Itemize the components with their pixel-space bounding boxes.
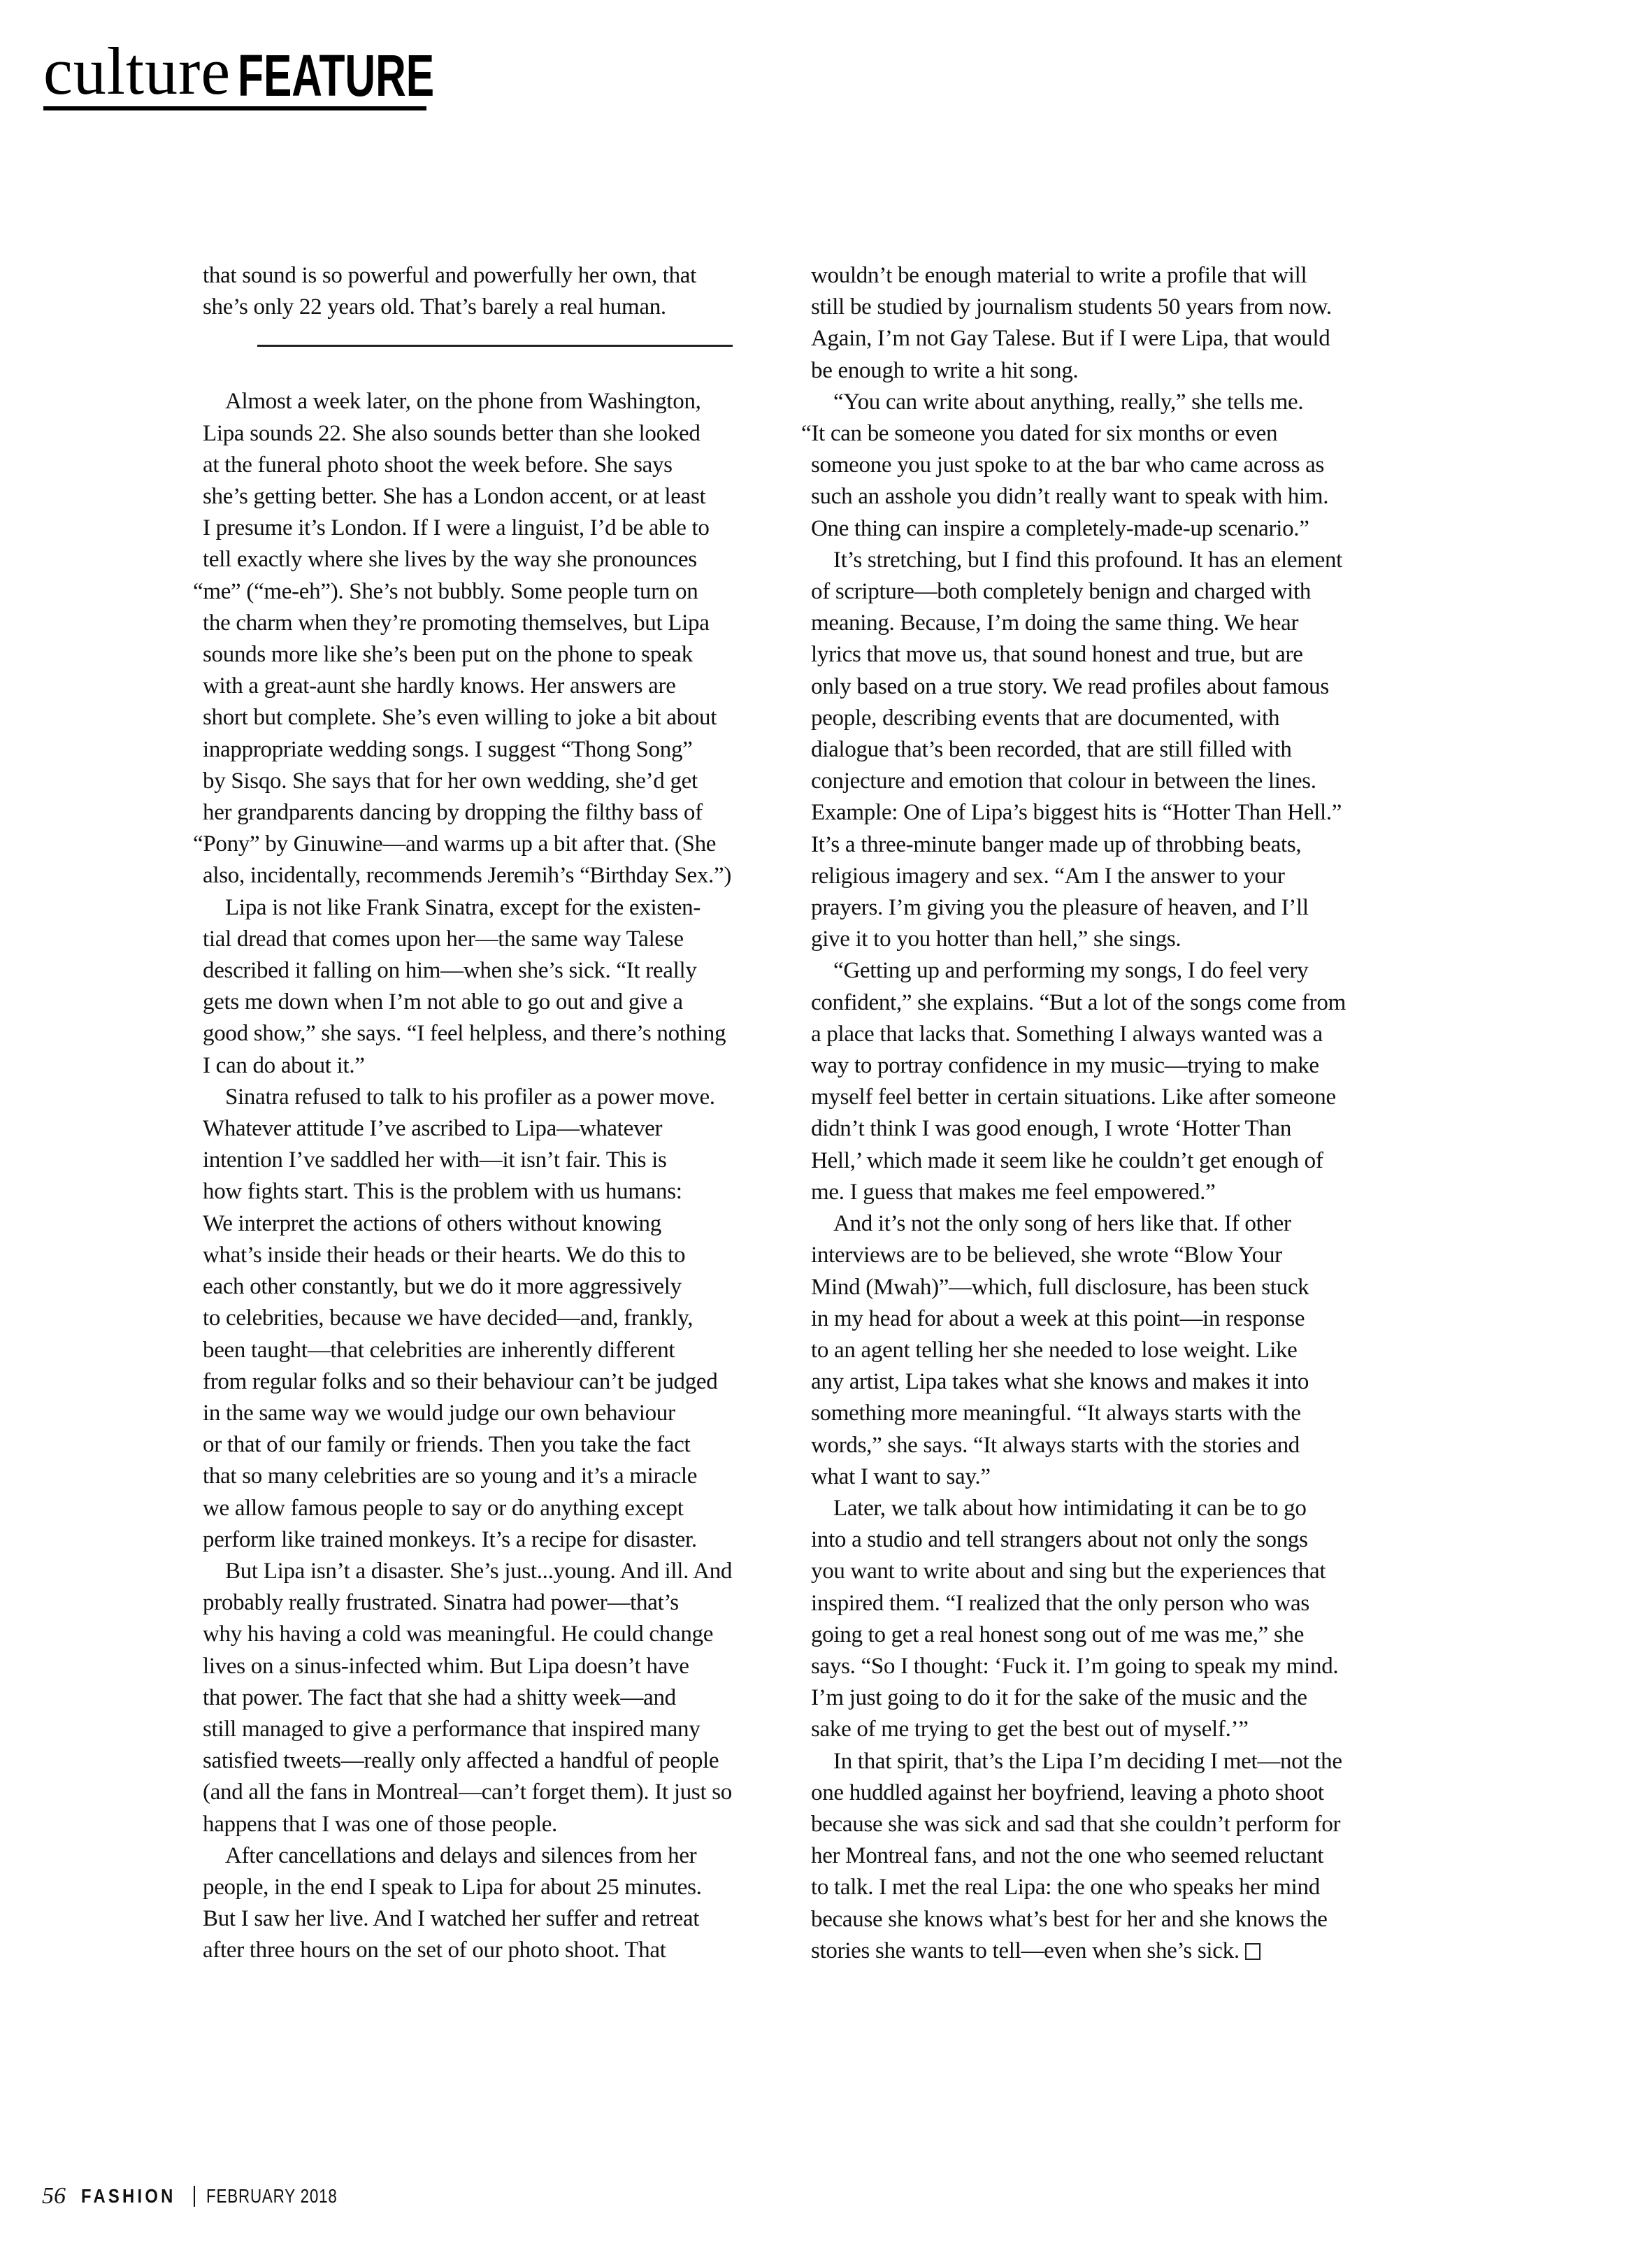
- text-line: Again, I’m not Gay Talese. But if I were…: [811, 323, 1419, 355]
- text-line: from regular folks and so their behaviou…: [203, 1366, 762, 1398]
- text-line: the charm when they’re promoting themsel…: [203, 608, 762, 639]
- text-line: because she was sick and sad that she co…: [811, 1809, 1419, 1840]
- text-line: in the same way we would judge our own b…: [203, 1398, 762, 1429]
- text-line: Whatever attitude I’ve ascribed to Lipa—…: [203, 1113, 762, 1145]
- text-line: someone you just spoke to at the bar who…: [811, 450, 1419, 481]
- section-label: culture: [43, 38, 231, 105]
- text-line: she’s only 22 years old. That’s barely a…: [203, 292, 762, 323]
- text-line: Example: One of Lipa’s biggest hits is “…: [811, 797, 1419, 829]
- text-line: something more meaningful. “It always st…: [811, 1398, 1419, 1429]
- text-line-final-text: stories she wants to tell—even when she’…: [811, 1938, 1240, 1963]
- text-line: me. I guess that makes me feel empowered…: [811, 1177, 1419, 1208]
- text-line: that sound is so powerful and powerfully…: [203, 260, 762, 292]
- text-line: But I saw her live. And I watched her su…: [203, 1903, 762, 1935]
- text-line: a place that lacks that. Something I alw…: [811, 1019, 1419, 1050]
- text-line: “It can be someone you dated for six mon…: [801, 418, 1419, 450]
- text-line: people, describing events that are docum…: [811, 703, 1419, 734]
- text-line: says. “So I thought: ‘Fuck it. I’m going…: [811, 1651, 1419, 1682]
- text-line: After cancellations and delays and silen…: [203, 1840, 762, 1872]
- text-line: didn’t think I was good enough, I wrote …: [811, 1113, 1419, 1145]
- text-line: (and all the fans in Montreal—can’t forg…: [203, 1777, 762, 1808]
- article-column-left: that sound is so powerful and powerfully…: [203, 260, 762, 1967]
- page-number: 56: [42, 2183, 66, 2210]
- issue-date: FEBRUARY 2018: [206, 2185, 338, 2207]
- text-line: still managed to give a performance that…: [203, 1714, 762, 1745]
- text-line: you want to write about and sing but the…: [811, 1556, 1419, 1587]
- text-line: what’s inside their heads or their heart…: [203, 1240, 762, 1271]
- text-line: Later, we talk about how intimidating it…: [811, 1493, 1419, 1524]
- text-line: to celebrities, because we have decided—…: [203, 1303, 762, 1334]
- end-mark-icon: [1245, 1943, 1260, 1960]
- magazine-name: FASHION: [81, 2185, 176, 2207]
- text-line: inappropriate wedding songs. I suggest “…: [203, 734, 762, 766]
- text-line: I’m just going to do it for the sake of …: [811, 1682, 1419, 1714]
- text-line: to an agent telling her she needed to lo…: [811, 1335, 1419, 1366]
- text-line: be enough to write a hit song.: [811, 355, 1419, 387]
- text-line: into a studio and tell strangers about n…: [811, 1524, 1419, 1556]
- text-line: I presume it’s London. If I were a lingu…: [203, 513, 762, 544]
- text-line: happens that I was one of those people.: [203, 1809, 762, 1840]
- text-line: probably really frustrated. Sinatra had …: [203, 1587, 762, 1619]
- text-line: still be studied by journalism students …: [811, 292, 1419, 323]
- text-line: confident,” she explains. “But a lot of …: [811, 987, 1419, 1019]
- text-line: sake of me trying to get the best out of…: [811, 1714, 1419, 1745]
- text-line: gets me down when I’m not able to go out…: [203, 987, 762, 1018]
- text-line: wouldn’t be enough material to write a p…: [811, 260, 1419, 292]
- text-line: described it falling on him—when she’s s…: [203, 955, 762, 987]
- page-footer: 56 FASHION FEBRUARY 2018: [42, 2183, 371, 2210]
- text-line: been taught—that celebrities are inheren…: [203, 1335, 762, 1366]
- text-line: tell exactly where she lives by the way …: [203, 544, 762, 575]
- text-line: that power. The fact that she had a shit…: [203, 1682, 762, 1714]
- text-line: Sinatra refused to talk to his profiler …: [203, 1082, 762, 1113]
- text-line: Lipa sounds 22. She also sounds better t…: [203, 418, 762, 450]
- text-line: such an asshole you didn’t really want t…: [811, 481, 1419, 513]
- article-column-right: wouldn’t be enough material to write a p…: [811, 260, 1419, 1967]
- text-line: with a great-aunt she hardly knows. Her …: [203, 671, 762, 702]
- text-line: also, incidentally, recommends Jeremih’s…: [203, 860, 762, 892]
- text-line: One thing can inspire a completely-made-…: [811, 513, 1419, 545]
- text-line: intention I’ve saddled her with—it isn’t…: [203, 1145, 762, 1176]
- text-line: why his having a cold was meaningful. He…: [203, 1619, 762, 1650]
- text-line: And it’s not the only song of hers like …: [811, 1208, 1419, 1240]
- text-line: prayers. I’m giving you the pleasure of …: [811, 892, 1419, 924]
- text-line: or that of our family or friends. Then y…: [203, 1429, 762, 1461]
- text-line: one huddled against her boyfriend, leavi…: [811, 1777, 1419, 1809]
- text-line: We interpret the actions of others witho…: [203, 1208, 762, 1240]
- section-divider: [257, 345, 733, 347]
- text-line: give it to you hotter than hell,” she si…: [811, 924, 1419, 955]
- text-line: to talk. I met the real Lipa: the one wh…: [811, 1872, 1419, 1903]
- text-line: in my head for about a week at this poin…: [811, 1303, 1419, 1335]
- text-line: she’s getting better. She has a London a…: [203, 481, 762, 513]
- text-line: “me” (“me-eh”). She’s not bubbly. Some p…: [193, 576, 762, 608]
- text-line: “You can write about anything, really,” …: [811, 387, 1419, 418]
- text-line: satisfied tweets—really only affected a …: [203, 1745, 762, 1777]
- text-line: myself feel better in certain situations…: [811, 1082, 1419, 1113]
- text-line: her Montreal fans, and not the one who s…: [811, 1840, 1419, 1872]
- footer-separator: [194, 2186, 195, 2207]
- text-line: that so many celebrities are so young an…: [203, 1461, 762, 1492]
- text-line: going to get a real honest song out of m…: [811, 1619, 1419, 1651]
- text-line: Almost a week later, on the phone from W…: [203, 386, 762, 417]
- section-kind: FEATURE: [238, 46, 434, 105]
- text-line: because she knows what’s best for her an…: [811, 1904, 1419, 1935]
- text-line: perform like trained monkeys. It’s a rec…: [203, 1524, 762, 1556]
- text-line: It’s stretching, but I find this profoun…: [811, 545, 1419, 576]
- text-line: “Pony” by Ginuwine—and warms up a bit af…: [193, 829, 762, 860]
- text-line: lyrics that move us, that sound honest a…: [811, 639, 1419, 671]
- text-line: short but complete. She’s even willing t…: [203, 702, 762, 733]
- section-header: culture FEATURE: [43, 28, 426, 110]
- text-line: people, in the end I speak to Lipa for a…: [203, 1872, 762, 1903]
- text-line: “Getting up and performing my songs, I d…: [811, 955, 1419, 987]
- text-line: In that spirit, that’s the Lipa I’m deci…: [811, 1746, 1419, 1777]
- text-line: inspired them. “I realized that the only…: [811, 1588, 1419, 1619]
- text-line: words,” she says. “It always starts with…: [811, 1430, 1419, 1461]
- text-line-final: stories she wants to tell—even when she’…: [811, 1935, 1419, 1967]
- text-line: Lipa is not like Frank Sinatra, except f…: [203, 892, 762, 924]
- text-line: tial dread that comes upon her—the same …: [203, 924, 762, 955]
- text-line: Mind (Mwah)”—which, full disclosure, has…: [811, 1272, 1419, 1303]
- text-line: It’s a three-minute banger made up of th…: [811, 829, 1419, 861]
- text-line: how fights start. This is the problem wi…: [203, 1176, 762, 1208]
- text-line: what I want to say.”: [811, 1461, 1419, 1493]
- text-line: religious imagery and sex. “Am I the ans…: [811, 861, 1419, 892]
- text-line: But Lipa isn’t a disaster. She’s just...…: [203, 1556, 762, 1587]
- text-line: we allow famous people to say or do anyt…: [203, 1493, 762, 1524]
- text-line: way to portray confidence in my music—tr…: [811, 1050, 1419, 1082]
- text-line: any artist, Lipa takes what she knows an…: [811, 1366, 1419, 1398]
- text-line: Hell,’ which made it seem like he couldn…: [811, 1145, 1419, 1177]
- text-line: I can do about it.”: [203, 1050, 762, 1082]
- text-line: each other constantly, but we do it more…: [203, 1271, 762, 1303]
- text-line: lives on a sinus-infected whim. But Lipa…: [203, 1651, 762, 1682]
- text-line: meaning. Because, I’m doing the same thi…: [811, 608, 1419, 639]
- text-line: conjecture and emotion that colour in be…: [811, 766, 1419, 797]
- text-line: only based on a true story. We read prof…: [811, 671, 1419, 703]
- text-line: interviews are to be believed, she wrote…: [811, 1240, 1419, 1271]
- text-line: her grandparents dancing by dropping the…: [203, 797, 762, 829]
- text-line: good show,” she says. “I feel helpless, …: [203, 1018, 762, 1050]
- text-line: at the funeral photo shoot the week befo…: [203, 450, 762, 481]
- text-line: by Sisqo. She says that for her own wedd…: [203, 766, 762, 797]
- text-line: of scripture—both completely benign and …: [811, 576, 1419, 608]
- text-line: after three hours on the set of our phot…: [203, 1935, 762, 1966]
- text-line: sounds more like she’s been put on the p…: [203, 639, 762, 671]
- text-line: dialogue that’s been recorded, that are …: [811, 734, 1419, 766]
